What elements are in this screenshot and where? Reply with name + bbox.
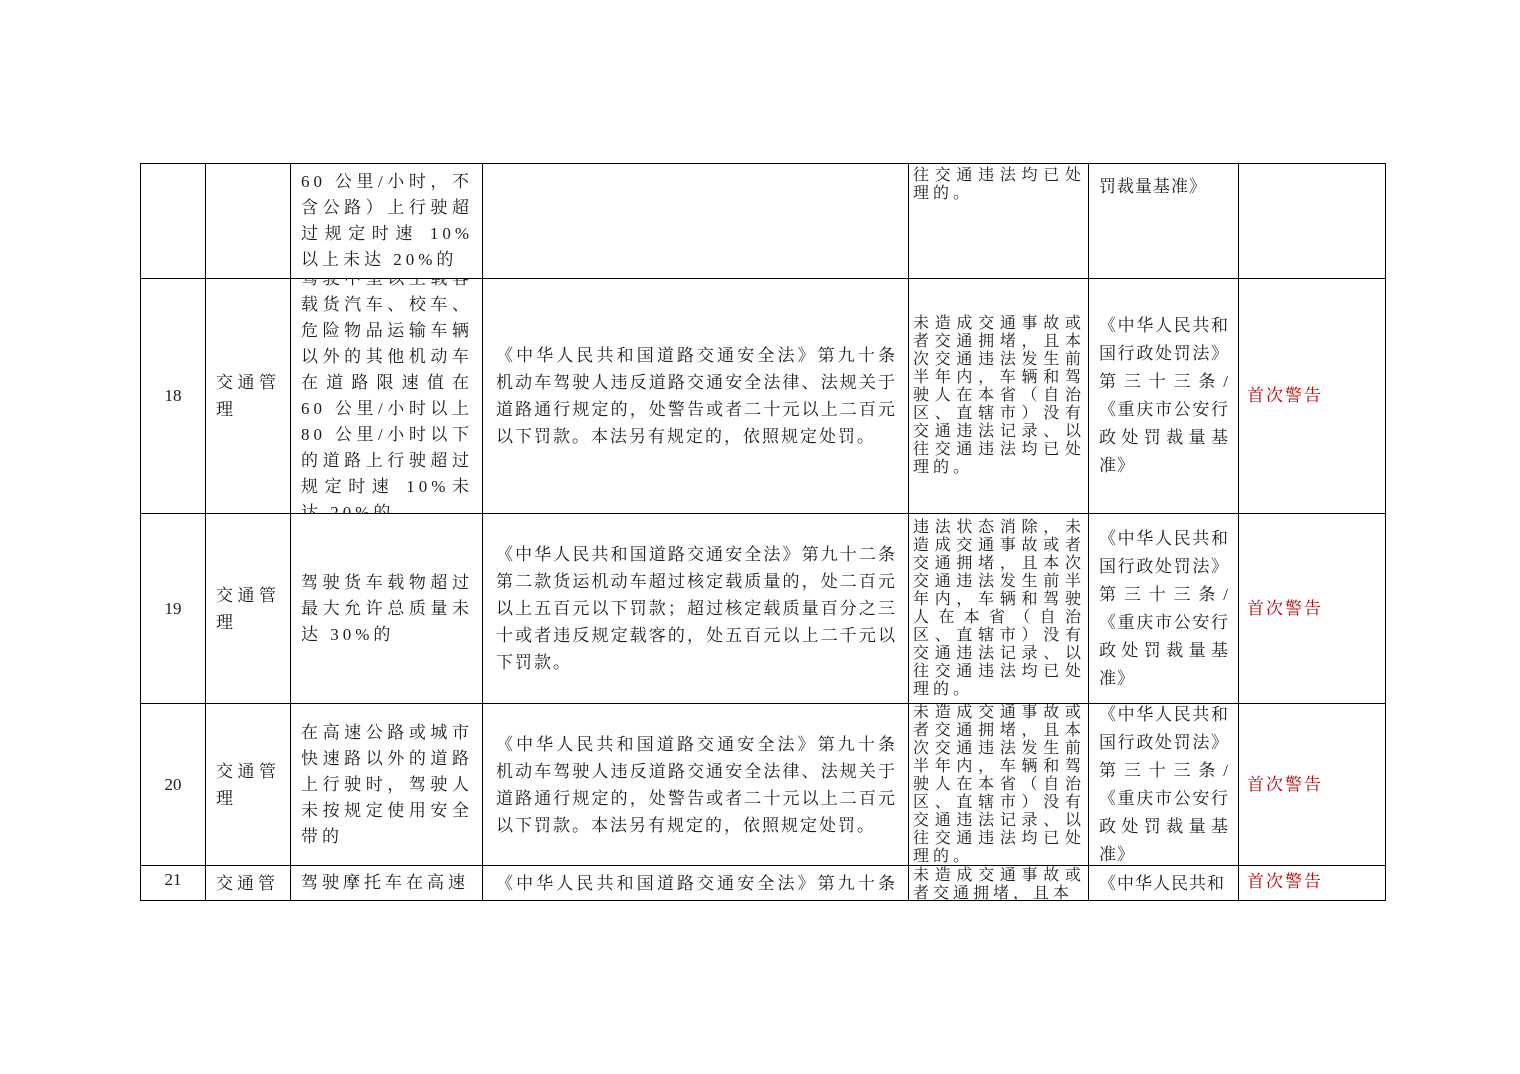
penalty-text: 首次警告 [1247, 384, 1379, 408]
condition-text: 未造成交通事故或者交通拥堵，且本次交通违法发生前半年内，车辆和驾驶人在本省（自治… [913, 315, 1085, 477]
cell-condition: 未造成交通事故或者交通拥堵，且本 [909, 866, 1089, 901]
penalty-text: 首次警告 [1247, 870, 1379, 894]
cell-condition: 未造成交通事故或者交通拥堵，且本次交通违法发生前半年内，车辆和驾驶人在本省（自治… [909, 704, 1089, 866]
cell-category [206, 164, 291, 279]
cell-legal-basis: 《中华人民共和国道路交通安全法》第九十条 机动车驾驶人违反道路交通安全法律、法规… [483, 704, 909, 866]
cell-condition: 违法状态消除，未造成交通事故或者交通拥堵，且本次交通违法发生前半年内，车辆和驾驶… [909, 514, 1089, 704]
row-number-text: 19 [165, 599, 182, 619]
cell-row-number: 19 [141, 514, 206, 704]
cell-violation: 在高速公路或城市快速路以外的道路上行驶时，驾驶人未按规定使用安全带的 [291, 704, 483, 866]
row-number-text: 21 [165, 870, 182, 890]
cell-violation: 60 公里/小时，不含公路）上行驶超过规定时速 10%以上未达 20%的 [291, 164, 483, 279]
violation-text: 驾驶摩托车在高速 [301, 870, 473, 896]
cell-category: 交通管理 [206, 704, 291, 866]
cell-legal-basis: 《中华人民共和国道路交通安全法》第九十二条第二款货运机动车超过核定载质量的，处二… [483, 514, 909, 704]
cell-legal-basis: 《中华人民共和国道路交通安全法》第九十条 机 [483, 866, 909, 901]
reference-text: 《中华人民共和国行政处罚法》第三十三条/《重庆市公安行政处罚裁量基准》 [1099, 312, 1229, 480]
cell-row-number: 20 [141, 704, 206, 866]
condition-text: 未造成交通事故或者交通拥堵，且本次交通违法发生前半年内，车辆和驾驶人在本省（自治… [913, 704, 1085, 866]
category-text: 交通管 [216, 870, 280, 897]
reference-text: 《中华人民共和国行政处罚法》第三十三条/《重庆市公安行政处罚裁量基准》 [1099, 525, 1229, 693]
reference-text: 《中华人民共和 [1099, 870, 1229, 898]
cell-condition: 未造成交通事故或者交通拥堵，且本次交通违法发生前半年内，车辆和驾驶人在本省（自治… [909, 279, 1089, 514]
condition-text: 往交通违法均已处理的。 [913, 167, 1085, 203]
cell-row-number: 21 [141, 866, 206, 901]
cell-legal-basis [483, 164, 909, 279]
violation-text: 60 公里/小时，不含公路）上行驶超过规定时速 10%以上未达 20%的 [301, 169, 473, 273]
cell-penalty [1239, 164, 1386, 279]
category-text: 交通管理 [216, 369, 280, 423]
table-row-19: 19 交通管理 驾驶货车载物超过最大允许总质量未达 30%的 《中华人民共和国道… [141, 514, 1386, 704]
condition-text: 违法状态消除，未造成交通事故或者交通拥堵，且本次交通违法发生前半年内，车辆和驾驶… [913, 519, 1085, 699]
cell-legal-basis: 《中华人民共和国道路交通安全法》第九十条 机动车驾驶人违反道路交通安全法律、法规… [483, 279, 909, 514]
cell-reference: 《中华人民共和国行政处罚法》第三十三条/《重庆市公安行政处罚裁量基准》 [1089, 514, 1239, 704]
table-row-continued-top: 60 公里/小时，不含公路）上行驶超过规定时速 10%以上未达 20%的 往交通… [141, 164, 1386, 279]
legal-basis-text: 《中华人民共和国道路交通安全法》第九十条 机 [496, 870, 897, 901]
cell-reference: 《中华人民共和 [1089, 866, 1239, 901]
cell-penalty: 首次警告 [1239, 704, 1386, 866]
cell-violation: 驾驶摩托车在高速 [291, 866, 483, 901]
row-number-text: 18 [165, 386, 182, 406]
cell-penalty: 首次警告 [1239, 279, 1386, 514]
reference-text: 罚裁量基准》 [1099, 173, 1229, 201]
condition-text: 未造成交通事故或者交通拥堵，且本 [913, 867, 1085, 901]
regulation-table: 60 公里/小时，不含公路）上行驶超过规定时速 10%以上未达 20%的 往交通… [140, 163, 1386, 901]
reference-text: 《中华人民共和国行政处罚法》第三十三条/《重庆市公安行政处罚裁量基准》 [1099, 704, 1229, 866]
cell-violation: 驾驶中型以上载客载货汽车、校车、危险物品运输车辆以外的其他机动车在道路限速值在 … [291, 279, 483, 514]
cell-row-number [141, 164, 206, 279]
penalty-text: 首次警告 [1247, 773, 1379, 797]
cell-category: 交通管理 [206, 514, 291, 704]
legal-basis-text: 《中华人民共和国道路交通安全法》第九十条 机动车驾驶人违反道路交通安全法律、法规… [496, 342, 897, 450]
cell-violation: 驾驶货车载物超过最大允许总质量未达 30%的 [291, 514, 483, 704]
cell-penalty: 首次警告 [1239, 514, 1386, 704]
row-number-text: 20 [165, 775, 182, 795]
cell-reference: 《中华人民共和国行政处罚法》第三十三条/《重庆市公安行政处罚裁量基准》 [1089, 279, 1239, 514]
violation-text: 在高速公路或城市快速路以外的道路上行驶时，驾驶人未按规定使用安全带的 [301, 720, 473, 850]
legal-basis-text: 《中华人民共和国道路交通安全法》第九十条 机动车驾驶人违反道路交通安全法律、法规… [496, 731, 897, 839]
penalty-text: 首次警告 [1247, 597, 1379, 621]
category-text: 交通管理 [216, 582, 280, 636]
table-row-18: 18 交通管理 驾驶中型以上载客载货汽车、校车、危险物品运输车辆以外的其他机动车… [141, 279, 1386, 514]
cell-row-number: 18 [141, 279, 206, 514]
cell-condition: 往交通违法均已处理的。 [909, 164, 1089, 279]
cell-category: 交通管理 [206, 279, 291, 514]
document-page: 60 公里/小时，不含公路）上行驶超过规定时速 10%以上未达 20%的 往交通… [0, 0, 1520, 1074]
violation-text: 驾驶货车载物超过最大允许总质量未达 30%的 [301, 570, 473, 648]
table-row-21-continued-bottom: 21 交通管 驾驶摩托车在高速 《中华人民共和国道路交通安全法》第九十条 机 未… [141, 866, 1386, 901]
table-row-20: 20 交通管理 在高速公路或城市快速路以外的道路上行驶时，驾驶人未按规定使用安全… [141, 704, 1386, 866]
cell-reference: 《中华人民共和国行政处罚法》第三十三条/《重庆市公安行政处罚裁量基准》 [1089, 704, 1239, 866]
category-text: 交通管理 [216, 758, 280, 812]
cell-category: 交通管 [206, 866, 291, 901]
violation-text: 驾驶中型以上载客载货汽车、校车、危险物品运输车辆以外的其他机动车在道路限速值在 … [301, 279, 473, 514]
cell-penalty: 首次警告 [1239, 866, 1386, 901]
legal-basis-text: 《中华人民共和国道路交通安全法》第九十二条第二款货运机动车超过核定载质量的，处二… [496, 541, 897, 676]
cell-reference: 罚裁量基准》 [1089, 164, 1239, 279]
